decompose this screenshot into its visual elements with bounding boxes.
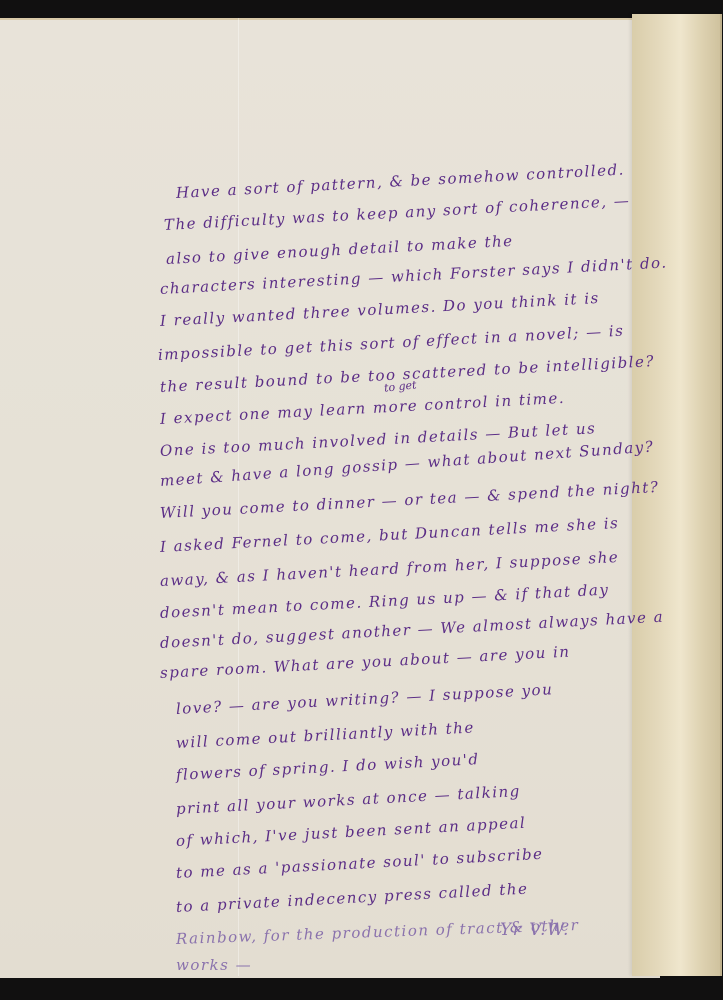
signature: Yr V.W.: [500, 920, 570, 940]
letter-line: works —: [176, 956, 252, 974]
